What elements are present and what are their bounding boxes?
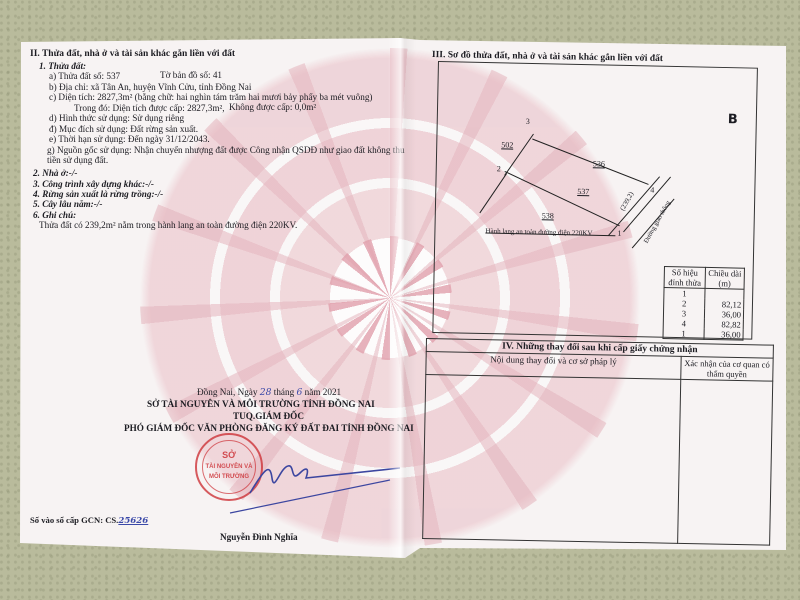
usage-origin-cont: tiền sử dụng đất. bbox=[47, 155, 108, 166]
signer-name: Nguyễn Đình Nghĩa bbox=[220, 532, 298, 543]
length-col-header: Chiều dài (m) bbox=[705, 267, 744, 289]
changes-table: IV. Những thay đổi sau khi cấp giấy chứn… bbox=[422, 338, 774, 546]
registry-value: 25626 bbox=[118, 516, 148, 526]
house-item: 2. Nhà ở:-/- bbox=[33, 168, 77, 179]
registry-label: Số vào sổ cấp GCN: CS. bbox=[30, 515, 118, 525]
issuing-authority: SỞ TÀI NGUYÊN VÀ MÔI TRƯỜNG TỈNH ĐỒNG NA… bbox=[147, 399, 375, 410]
vertex-3-label: 3 bbox=[526, 116, 530, 127]
parcel-area: c) Diện tích: 2827,3m² (bằng chữ: hai ng… bbox=[49, 92, 373, 103]
corridor-label: Hành lang an toàn đường điện 220KV bbox=[485, 226, 592, 239]
vertex-4-label: 4 bbox=[650, 184, 654, 195]
parcel-538-label: 538 bbox=[542, 210, 554, 221]
date-day: 28 bbox=[260, 387, 272, 398]
length-cell bbox=[705, 288, 744, 299]
registry-number: Số vào sổ cấp GCN: CS.25626 bbox=[30, 515, 148, 527]
usage-form: d) Hình thức sử dụng: Sử dụng riêng bbox=[49, 113, 184, 124]
date-year: năm 2021 bbox=[305, 387, 342, 397]
month-label: tháng bbox=[274, 387, 294, 397]
area-not-granted: Không được cấp: 0,0m² bbox=[229, 102, 316, 113]
notes-text: Thửa đất có 239,2m² nằm trong hành lang … bbox=[39, 220, 297, 231]
authority-confirm-cell bbox=[678, 379, 773, 545]
authority-confirm-header: Xác nhận của cơ quan có thẩm quyền bbox=[681, 356, 773, 381]
signature-icon bbox=[210, 448, 410, 518]
vertex-col-header: Số hiệu đỉnh thửa bbox=[664, 267, 705, 289]
on-behalf-of: TUQ.GIÁM ĐỐC bbox=[233, 411, 304, 422]
parcel-502-label: 502 bbox=[501, 139, 513, 150]
parcel-536-label: 536 bbox=[593, 158, 605, 169]
north-arrow-icon: B bbox=[728, 114, 738, 125]
section2-title: II. Thửa đất, nhà ở và tài sản khác gắn … bbox=[30, 49, 235, 60]
vertex-2-label: 2 bbox=[497, 163, 501, 174]
vertex-cell: 1 bbox=[663, 328, 704, 339]
date-month: 6 bbox=[297, 387, 303, 398]
certificate-page: II. Thửa đất, nhà ở và tài sản khác gắn … bbox=[20, 38, 786, 568]
map-sheet-number: Tờ bản đồ số: 41 bbox=[160, 70, 222, 81]
place-date-prefix: Đồng Nai, Ngày bbox=[197, 387, 257, 397]
parcel-537-label: 537 bbox=[577, 186, 589, 197]
usage-term: e) Thời hạn sử dụng: Đến ngày 31/12/2043… bbox=[49, 134, 210, 145]
place-date: Đồng Nai, Ngày 28 tháng 6 năm 2021 bbox=[197, 387, 341, 398]
edge-length-table: Số hiệu đỉnh thửa Chiều dài (m) 1 282,12… bbox=[662, 266, 745, 341]
signer-title: PHÓ GIÁM ĐỐC VĂN PHÒNG ĐĂNG KÝ ĐẤT ĐAI T… bbox=[124, 423, 414, 434]
length-cell: 36,00 bbox=[704, 329, 743, 340]
vertex-1-label: 1 bbox=[617, 228, 621, 239]
change-content-cell bbox=[423, 375, 681, 544]
perennial-item: 5. Cây lâu năm:-/- bbox=[33, 199, 102, 210]
parcel-number: a) Thửa đất số: 537 bbox=[49, 71, 120, 82]
